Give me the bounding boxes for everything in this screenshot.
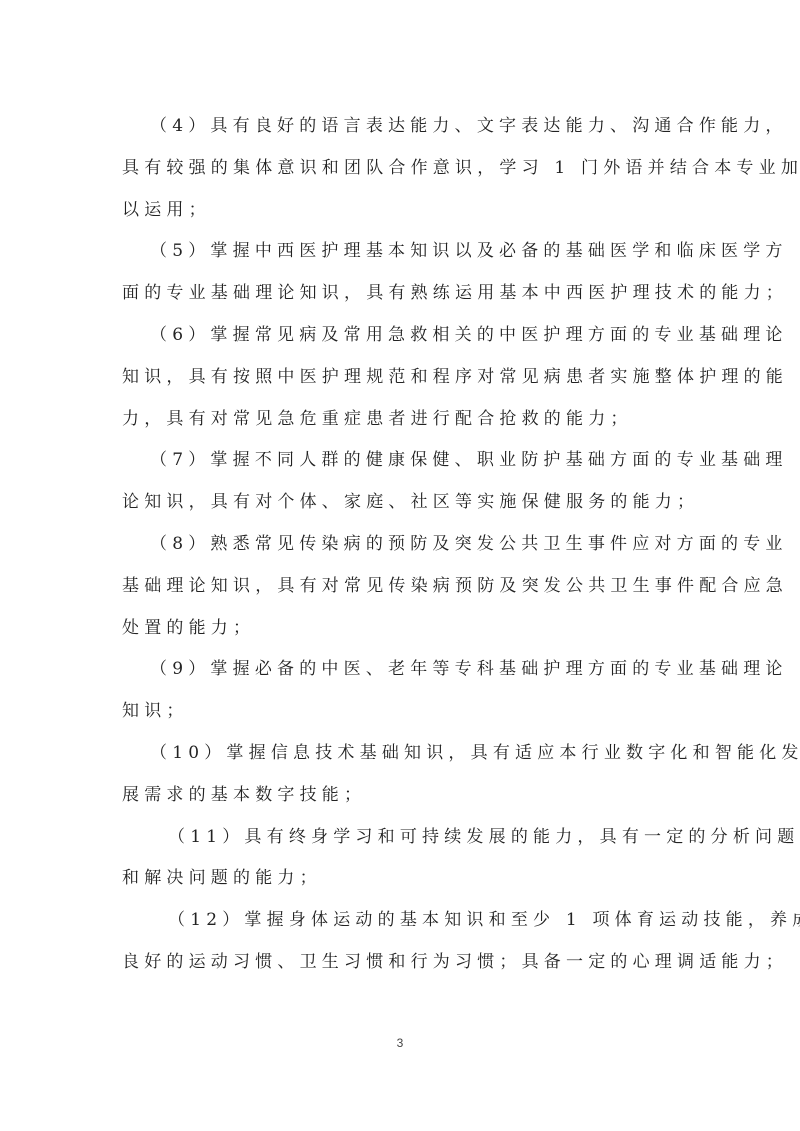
text-line: （8）熟悉常见传染病的预防及突发公共卫生事件应对方面的专业 [122, 524, 682, 566]
paragraph-item-5: （5）掌握中西医护理基本知识以及必备的基础医学和临床医学方 面的专业基础理论知识… [122, 231, 682, 315]
text-line: 展需求的基本数字技能； [122, 775, 682, 817]
text-line: 处置的能力； [122, 608, 682, 650]
text-line: 具有较强的集体意识和团队合作意识，学习 1 门外语并结合本专业加 [122, 148, 682, 190]
paragraph-item-4: （4）具有良好的语言表达能力、文字表达能力、沟通合作能力， 具有较强的集体意识和… [122, 106, 682, 231]
paragraph-item-7: （7）掌握不同人群的健康保健、职业防护基础方面的专业基础理 论知识，具有对个体、… [122, 440, 682, 524]
text-line: 以运用； [122, 190, 682, 232]
paragraph-item-6: （6）掌握常见病及常用急救相关的中医护理方面的专业基础理论 知识，具有按照中医护… [122, 315, 682, 440]
text-line: （11）具有终身学习和可持续发展的能力，具有一定的分析问题 [122, 817, 682, 859]
paragraph-item-9: （9）掌握必备的中医、老年等专科基础护理方面的专业基础理论 知识； [122, 649, 682, 733]
text-line: （5）掌握中西医护理基本知识以及必备的基础医学和临床医学方 [122, 231, 682, 273]
text-line: （12）掌握身体运动的基本知识和至少 1 项体育运动技能，养成 [122, 900, 682, 942]
page-number: 3 [0, 1036, 800, 1050]
text-line: 知识，具有按照中医护理规范和程序对常见病患者实施整体护理的能 [122, 357, 682, 399]
paragraph-item-11: （11）具有终身学习和可持续发展的能力，具有一定的分析问题 和解决问题的能力； [122, 817, 682, 901]
text-line: 面的专业基础理论知识，具有熟练运用基本中西医护理技术的能力； [122, 273, 682, 315]
text-line: （10）掌握信息技术基础知识，具有适应本行业数字化和智能化发 [122, 733, 682, 775]
text-line: 良好的运动习惯、卫生习惯和行为习惯；具备一定的心理调适能力； [122, 942, 682, 984]
paragraph-item-12: （12）掌握身体运动的基本知识和至少 1 项体育运动技能，养成 良好的运动习惯、… [122, 900, 682, 984]
text-line: 论知识，具有对个体、家庭、社区等实施保健服务的能力； [122, 482, 682, 524]
paragraph-item-8: （8）熟悉常见传染病的预防及突发公共卫生事件应对方面的专业 基础理论知识，具有对… [122, 524, 682, 649]
text-line: （7）掌握不同人群的健康保健、职业防护基础方面的专业基础理 [122, 440, 682, 482]
page-body: （4）具有良好的语言表达能力、文字表达能力、沟通合作能力， 具有较强的集体意识和… [122, 106, 682, 984]
text-line: （4）具有良好的语言表达能力、文字表达能力、沟通合作能力， [122, 106, 682, 148]
text-line: 力，具有对常见急危重症患者进行配合抢救的能力； [122, 399, 682, 441]
text-line: 知识； [122, 691, 682, 733]
text-line: （9）掌握必备的中医、老年等专科基础护理方面的专业基础理论 [122, 649, 682, 691]
paragraph-item-10: （10）掌握信息技术基础知识，具有适应本行业数字化和智能化发 展需求的基本数字技… [122, 733, 682, 817]
text-line: 基础理论知识，具有对常见传染病预防及突发公共卫生事件配合应急 [122, 566, 682, 608]
text-line: （6）掌握常见病及常用急救相关的中医护理方面的专业基础理论 [122, 315, 682, 357]
text-line: 和解决问题的能力； [122, 858, 682, 900]
document-page: （4）具有良好的语言表达能力、文字表达能力、沟通合作能力， 具有较强的集体意识和… [0, 0, 800, 1131]
